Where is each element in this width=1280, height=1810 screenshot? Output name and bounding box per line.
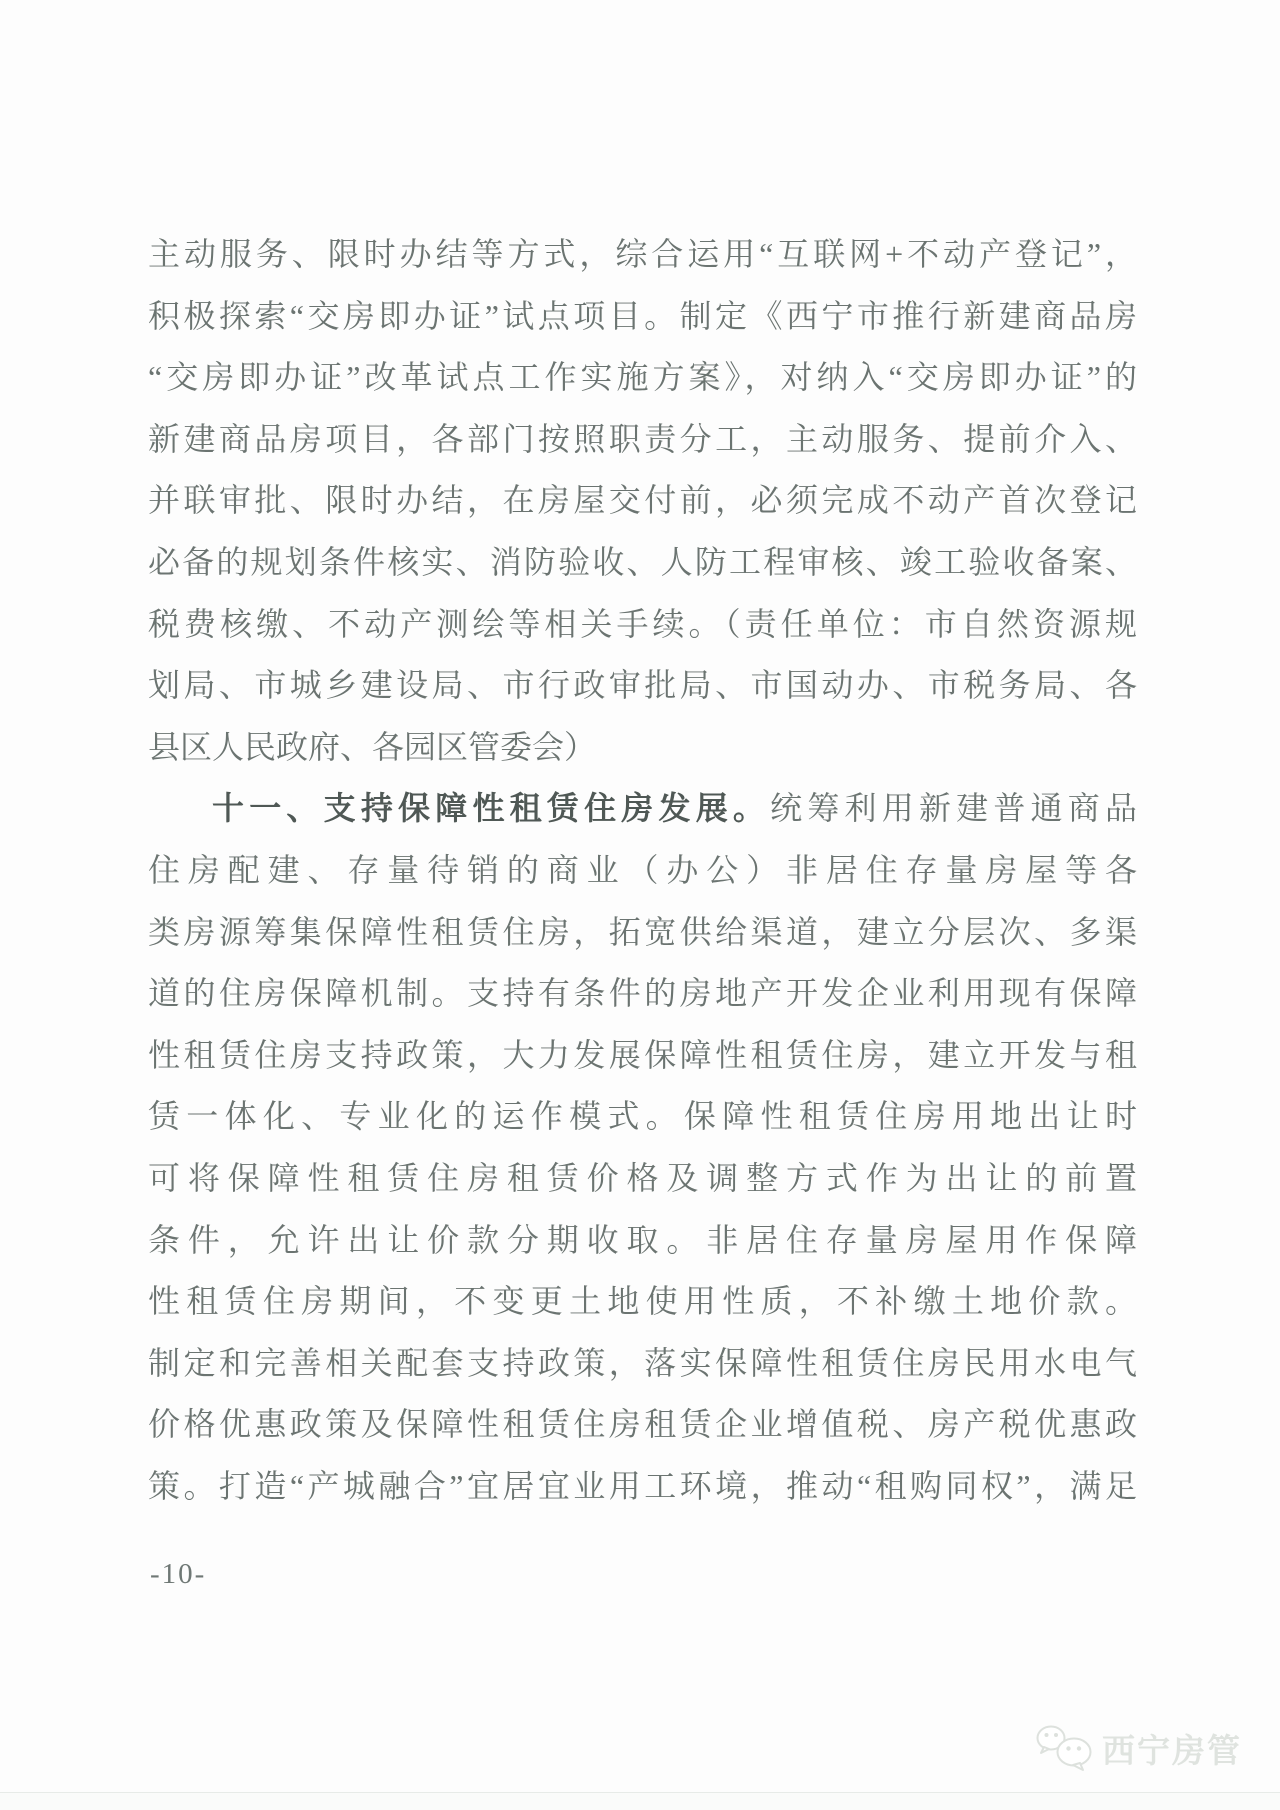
document-body-text: 主动服务、限时办结等方式，综合运用“互联网+不动产登记”， 积极探索“交房即办证… [148, 224, 1137, 1517]
document-line: 性租赁住房支持政策，大力发展保障性租赁住房，建立开发与租 [148, 1025, 1137, 1087]
section-heading-line: 十一、支持保障性租赁住房发展。统筹利用新建普通商品 [148, 778, 1137, 840]
section-heading-rest: 统筹利用新建普通商品 [770, 790, 1137, 826]
section-heading-bold: 十一、支持保障性租赁住房发展。 [212, 790, 770, 826]
document-line: 县区人民政府、各园区管委会） [148, 717, 1137, 779]
document-line: 税费核缴、不动产测绘等相关手续。（责任单位：市自然资源规 [148, 594, 1137, 656]
document-line: 类房源筹集保障性租赁住房，拓宽供给渠道，建立分层次、多渠 [148, 902, 1137, 964]
document-line: 可将保障性租赁住房租赁价格及调整方式作为出让的前置 [148, 1148, 1137, 1210]
document-line: 赁一体化、专业化的运作模式。保障性租赁住房用地出让时 [148, 1086, 1137, 1148]
document-line: 新建商品房项目，各部门按照职责分工，主动服务、提前介入、 [148, 409, 1137, 471]
document-line: 主动服务、限时办结等方式，综合运用“互联网+不动产登记”， [148, 224, 1137, 286]
document-line: “交房即办证”改革试点工作实施方案》，对纳入“交房即办证”的 [148, 347, 1137, 409]
document-line: 策。打造“产城融合”宜居宜业用工环境，推动“租购同权”，满足 [148, 1456, 1137, 1518]
document-line: 住房配建、存量待销的商业（办公）非居住存量房屋等各 [148, 840, 1137, 902]
bottom-strip [0, 1793, 1280, 1810]
document-line: 道的住房保障机制。支持有条件的房地产开发企业利用现有保障 [148, 963, 1137, 1025]
page-number: -10- [150, 1558, 206, 1591]
document-line: 并联审批、限时办结，在房屋交付前，必须完成不动产首次登记 [148, 470, 1137, 532]
document-page: 主动服务、限时办结等方式，综合运用“互联网+不动产登记”， 积极探索“交房即办证… [0, 0, 1280, 1810]
wechat-icon [1034, 1722, 1096, 1774]
wechat-watermark: 西宁房管 [1034, 1720, 1249, 1776]
document-line: 制定和完善相关配套支持政策，落实保障性租赁住房民用水电气 [148, 1333, 1137, 1395]
document-line: 积极探索“交房即办证”试点项目。制定《西宁市推行新建商品房 [148, 286, 1137, 348]
document-line: 划局、市城乡建设局、市行政审批局、市国动办、市税务局、各 [148, 655, 1137, 717]
document-line: 性租赁住房期间，不变更土地使用性质，不补缴土地价款。 [148, 1271, 1137, 1333]
document-line: 条件，允许出让价款分期收取。非居住存量房屋用作保障 [148, 1210, 1137, 1272]
bottom-divider-line [0, 1792, 1280, 1793]
watermark-brand-text: 西宁房管 [1102, 1725, 1242, 1772]
document-line: 必备的规划条件核实、消防验收、人防工程审核、竣工验收备案、 [148, 532, 1137, 594]
document-line: 价格优惠政策及保障性租赁住房租赁企业增值税、房产税优惠政 [148, 1394, 1137, 1456]
